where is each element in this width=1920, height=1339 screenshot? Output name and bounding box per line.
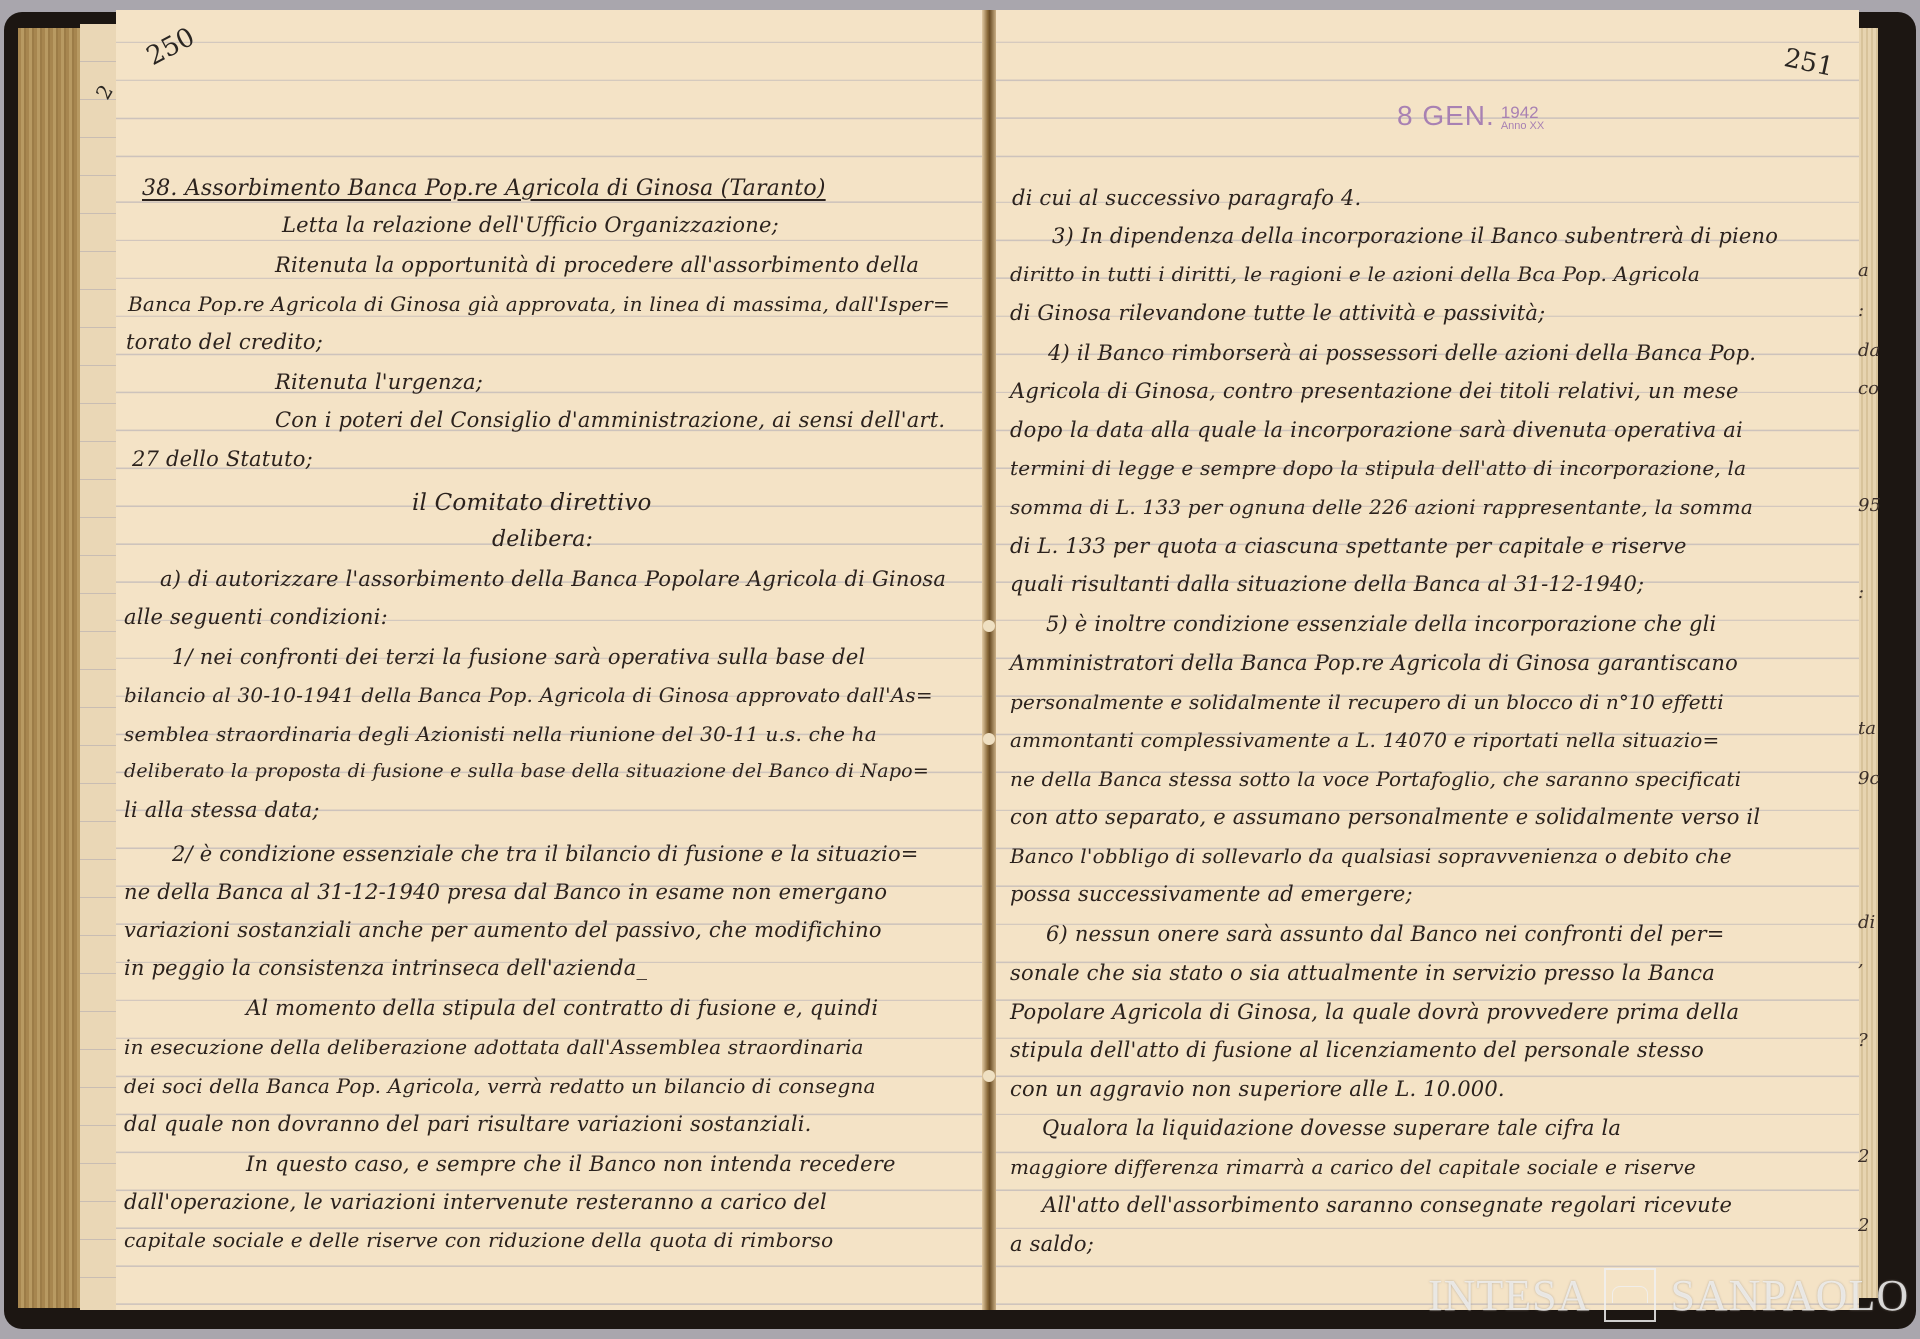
text-line: 4) il Banco rimborserà ai possessori del… <box>1048 341 1756 365</box>
section-heading: il Comitato direttivo <box>412 490 652 516</box>
text-line: Ritenuta la opportunità di procedere all… <box>275 253 919 277</box>
text-line: Agricola di Ginosa, contro presentazione… <box>1010 379 1739 403</box>
text-line: in peggio la consistenza intrinseca dell… <box>124 956 647 980</box>
stamp-era: Anno XX <box>1501 121 1544 132</box>
text-line: a saldo; <box>1010 1232 1094 1256</box>
text-line: variazioni sostanziali anche per aumento… <box>124 918 882 942</box>
text-line: in esecuzione della deliberazione adotta… <box>124 1035 864 1059</box>
margin-fragment: a <box>1858 260 1869 281</box>
right-page-stack <box>1858 28 1878 1298</box>
text-line: bilancio al 30-10-1941 della Banca Pop. … <box>124 683 933 707</box>
text-line: 5) è inoltre condizione essenziale della… <box>1046 612 1716 636</box>
date-stamp: 8 GEN. 1942 Anno XX <box>1397 100 1544 132</box>
margin-fragment: 2 <box>1858 1146 1869 1167</box>
text-line: Banco l'obbligo di sollevarlo da qualsia… <box>1010 844 1732 868</box>
text-line: dei soci della Banca Pop. Agricola, verr… <box>124 1074 876 1098</box>
text-line: 27 dello Statuto; <box>132 447 313 471</box>
text-line: sonale che sia stato o sia attualmente i… <box>1010 961 1715 985</box>
binding-stitch <box>983 1070 995 1082</box>
text-line: Letta la relazione dell'Ufficio Organizz… <box>282 213 779 237</box>
intesa-sanpaolo-watermark: INTESA SANPAOLO <box>1428 1268 1909 1322</box>
text-line: torato del credito; <box>126 330 323 354</box>
text-line: ne della Banca al 31-12-1940 presa dal B… <box>124 880 887 904</box>
margin-fragment: 2 <box>1858 1215 1869 1236</box>
text-line: diritto in tutti i diritti, le ragioni e… <box>1010 262 1700 286</box>
text-line: Banca Pop.re Agricola di Ginosa già appr… <box>128 292 950 316</box>
text-line: a) di autorizzare l'assorbimento della B… <box>160 567 946 591</box>
binding-stitch <box>983 733 995 745</box>
stamp-date: 8 GEN. <box>1397 100 1495 132</box>
text-line: termini di legge e sempre dopo la stipul… <box>1010 456 1746 480</box>
text-line: Con i poteri del Consiglio d'amministraz… <box>275 408 945 432</box>
text-line: con un aggravio non superiore alle L. 10… <box>1010 1077 1505 1101</box>
margin-fragment: di <box>1858 912 1875 933</box>
margin-fragment: ? <box>1858 1030 1868 1051</box>
text-line: con atto separato, e assumano personalme… <box>1010 805 1760 829</box>
bank-arch-logo-icon <box>1604 1268 1656 1322</box>
watermark-left-word: INTESA <box>1428 1270 1590 1321</box>
left-page-stack <box>18 28 82 1308</box>
text-line: Al momento della stipula del contratto d… <box>246 996 878 1020</box>
text-line: ne della Banca stessa sotto la voce Port… <box>1010 767 1741 791</box>
text-line: In questo caso, e sempre che il Banco no… <box>246 1152 896 1176</box>
text-line: dopo la data alla quale la incorporazion… <box>1010 418 1743 442</box>
text-line: Amministratori della Banca Pop.re Agrico… <box>1010 651 1738 675</box>
text-line: stipula dell'atto di fusione al licenzia… <box>1010 1038 1704 1062</box>
section-heading: delibera: <box>492 527 593 552</box>
text-line: 2/ è condizione essenziale che tra il bi… <box>172 842 919 866</box>
text-line: somma di L. 133 per ognuna delle 226 azi… <box>1010 495 1753 519</box>
margin-fragment: : <box>1858 582 1864 603</box>
text-line: Qualora la liquidazione dovesse superare… <box>1042 1116 1621 1140</box>
stamp-year: 1942 <box>1501 104 1544 121</box>
text-line: alle seguenti condizioni: <box>124 605 388 629</box>
book-gutter <box>982 10 996 1310</box>
text-line: 6) nessun onere sarà assunto dal Banco n… <box>1046 922 1725 946</box>
text-line: 3) In dipendenza della incorporazione il… <box>1052 224 1778 248</box>
text-line: capitale sociale e delle riserve con rid… <box>124 1228 833 1252</box>
left-underlying-page <box>80 24 120 1310</box>
text-line: di cui al successivo paragrafo 4. <box>1012 186 1361 210</box>
text-line: quali risultanti dalla situazione della … <box>1010 572 1644 596</box>
text-line: possa successivamente ad emergere; <box>1010 882 1413 906</box>
text-line: ammontanti complessivamente a L. 14070 e… <box>1010 728 1720 752</box>
text-line: Popolare Agricola di Ginosa, la quale do… <box>1010 1000 1739 1024</box>
text-line: semblea straordinaria degli Azionisti ne… <box>124 722 877 746</box>
entry-title: 38. Assorbimento Banca Pop.re Agricola d… <box>142 176 826 201</box>
text-line: dal quale non dovranno del pari risultar… <box>124 1112 812 1136</box>
text-line: All'atto dell'assorbimento saranno conse… <box>1042 1193 1732 1217</box>
text-line: di Ginosa rilevandone tutte le attività … <box>1010 301 1545 325</box>
text-line: li alla stessa data; <box>124 798 320 822</box>
text-line: Ritenuta l'urgenza; <box>275 370 483 394</box>
margin-fragment: 9c <box>1858 768 1880 789</box>
margin-fragment: ta <box>1858 718 1876 739</box>
text-line: deliberato la proposta di fusione e sull… <box>124 760 929 782</box>
binding-stitch <box>983 620 995 632</box>
margin-fragment: : <box>1858 300 1864 321</box>
margin-fragment: da <box>1858 340 1880 361</box>
text-line: maggiore differenza rimarrà a carico del… <box>1010 1155 1696 1179</box>
margin-fragment: , <box>1858 950 1864 971</box>
margin-fragment: 95 <box>1858 495 1881 516</box>
margin-fragment: co <box>1858 378 1879 399</box>
text-line: dall'operazione, le variazioni intervenu… <box>124 1190 827 1214</box>
text-line: di L. 133 per quota a ciascuna spettante… <box>1010 534 1687 558</box>
watermark-right-word: SANPAOLO <box>1670 1270 1909 1321</box>
text-line: personalmente e solidalmente il recupero… <box>1010 690 1724 714</box>
text-line: 1/ nei confronti dei terzi la fusione sa… <box>172 645 865 669</box>
